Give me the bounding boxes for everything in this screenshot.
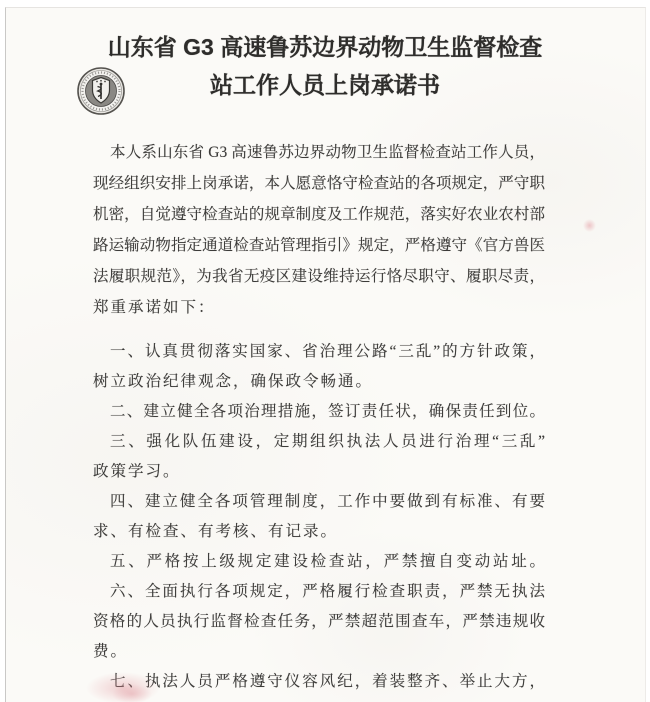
body-line: 六、全面执行各项规定，严格履行检查职责，严禁无执法	[93, 577, 545, 607]
scanned-document-page: 山东省 G3 高速鲁苏边界动物卫生监督检查 站工作人员上岗承诺书 本人系山东省 …	[0, 0, 650, 702]
animal-health-supervision-seal-icon	[76, 66, 126, 116]
body-line: 现经组织安排上岗承诺，本人愿意恪守检查站的各项规定，严守职务	[93, 168, 545, 199]
body-line: 一、认真贯彻落实国家、省治理公路“三乱”的方针政策，	[93, 337, 545, 367]
body-line: 树立政治纪律观念，确保政令畅通。	[93, 367, 545, 397]
body-line: 郑重承诺如下：	[93, 292, 545, 323]
body-line: 法履职规范》，为我省无疫区建设维持运行恪尽职守、履职尽责，现	[93, 261, 545, 292]
body-line: 四、建立健全各项管理制度，工作中要做到有标准、有要	[93, 487, 545, 517]
preamble-paragraph: 本人系山东省 G3 高速鲁苏边界动物卫生监督检查站工作人员，现经组织安排上岗承诺…	[93, 137, 545, 323]
body-line: 七、执法人员严格遵守仪容风纪，着装整齐、举止大方，	[93, 667, 545, 697]
body-line: 二、建立健全各项治理措施，签订责任状，确保责任到位。	[93, 397, 545, 427]
body-line: 本人系山东省 G3 高速鲁苏边界动物卫生监督检查站工作人员，	[93, 137, 545, 168]
body-line: 路运输动物指定通道检查站管理指引》规定，严格遵守《官方兽医依	[93, 230, 545, 261]
body-line: 政策学习。	[93, 457, 545, 487]
document-body: 本人系山东省 G3 高速鲁苏边界动物卫生监督检查站工作人员，现经组织安排上岗承诺…	[93, 137, 545, 697]
seal-svg	[76, 66, 126, 116]
body-line: 三、强化队伍建设，定期组织执法人员进行治理“三乱”	[93, 427, 545, 457]
numbered-items: 一、认真贯彻落实国家、省治理公路“三乱”的方针政策，树立政治纪律观念，确保政令畅…	[93, 337, 545, 697]
body-line: 费。	[93, 637, 545, 667]
page-title-line-1: 山东省 G3 高速鲁苏边界动物卫生监督检查	[0, 30, 650, 64]
body-line: 资格的人员执行监督检查任务，严禁超范围查车，严禁违规收	[93, 607, 545, 637]
body-line: 机密，自觉遵守检查站的规章制度及工作规范，落实好农业农村部《道	[93, 199, 545, 230]
body-line: 求、有检查、有考核、有记录。	[93, 517, 545, 547]
body-line: 五、严格按上级规定建设检查站，严禁擅自变动站址。	[93, 547, 545, 577]
